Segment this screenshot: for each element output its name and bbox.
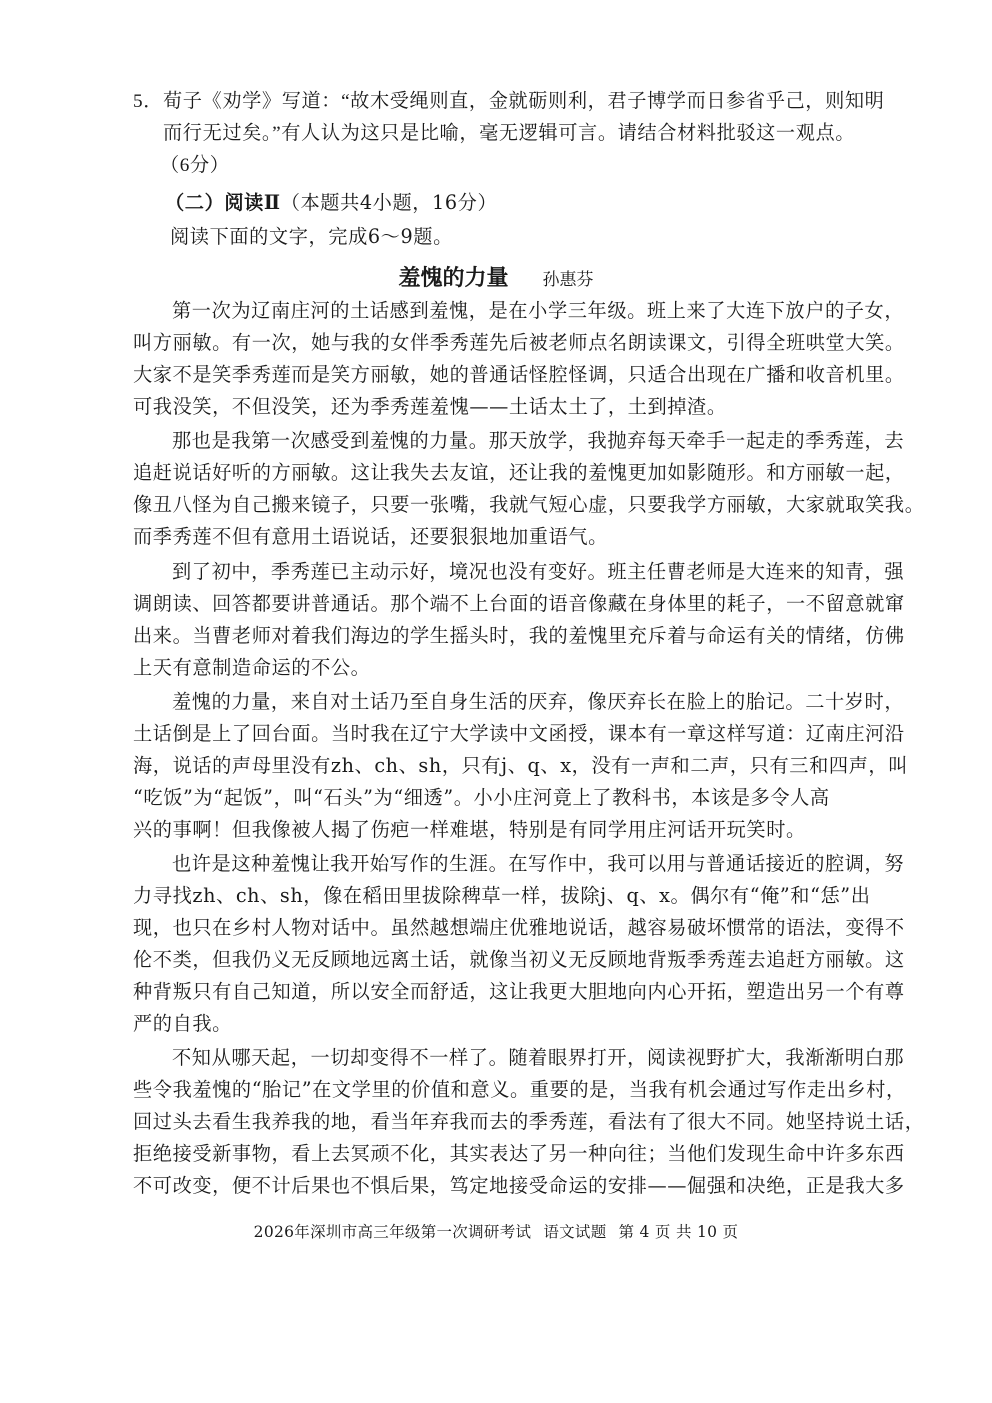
passage-line: 兴的事啊！但我像被人揭了伤疤一样难堪，特别是有同学用庄河话开玩笑时。 xyxy=(133,814,867,846)
passage-line: 大家不是笑季秀莲而是笑方丽敏，她的普通话怪腔怪调，只适合出现在广播和收音机里。 xyxy=(133,359,867,391)
passage-line: 出来。当曹老师对着我们海边的学生摇头时，我的羞愧里充斥着与命运有关的情绪，仿佛 xyxy=(133,620,867,652)
passage-line: 力寻找zh、ch、sh，像在稻田里拔除稗草一样，拔除j、q、x。偶尔有“俺”和“… xyxy=(133,880,867,912)
passage-line: 像丑八怪为自己搬来镜子，只要一张嘴，我就气短心虚，只要我学方丽敏，大家就取笑我。 xyxy=(133,489,867,521)
passage-line: 现，也只在乡村人物对话中。虽然越想端庄优雅地说话，越容易破坏惯常的语法，变得不 xyxy=(133,912,867,944)
passage-line: 伦不类，但我仍义无反顾地远离土话，就像当初义无反顾地背叛季秀莲去追赶方丽敏。这 xyxy=(133,944,867,976)
passage-line: 到了初中，季秀莲已主动示好，境况也没有变好。班主任曹老师是大连来的知青，强 xyxy=(172,556,867,588)
passage-line: 调朗读、回答都要讲普通话。那个端不上台面的语音像藏在身体里的耗子，一不留意就窜 xyxy=(133,588,867,620)
passage-line: 羞愧的力量，来自对土话乃至自身生活的厌弃，像厌弃长在脸上的胎记。二十岁时， xyxy=(172,686,867,718)
passage-line: 不知从哪天起，一切却变得不一样了。随着眼界打开，阅读视野扩大，我渐渐明白那 xyxy=(172,1042,867,1074)
section-heading-title: （二）阅读Ⅱ xyxy=(165,191,281,214)
section-heading: （二）阅读Ⅱ（本题共4小题，16分） xyxy=(165,187,899,219)
passage-line: 叫方丽敏。有一次，她与我的女伴季秀莲先后被老师点名朗读课文，引得全班哄堂大笑。 xyxy=(133,327,867,359)
passage-line: 种背叛只有自己知道，所以安全而舒适，这让我更大胆地向内心开拓，塑造出另一个有尊 xyxy=(133,976,867,1008)
passage-line: 可我没笑，不但没笑，还为季秀莲羞愧——土话太土了，土到掉渣。 xyxy=(133,391,867,423)
footer-exam-title: 2026年深圳市高三年级第一次调研考试 xyxy=(254,1223,532,1241)
passage-line: 土话倒是上了回台面。当时我在辽宁大学读中文函授，课本有一章这样写道：辽南庄河沿 xyxy=(133,718,867,750)
question-5-line-2: 而行无过矣。”有人认为这只是比喻，毫无逻辑可言。请结合材料批驳这一观点。 xyxy=(163,118,867,150)
section-instruction: 阅读下面的文字，完成6～9题。 xyxy=(170,221,904,253)
page-footer: 2026年深圳市高三年级第一次调研考试语文试题第 4 页 共 10 页 xyxy=(0,1219,992,1245)
passage-line: 海，说话的声母里没有zh、ch、sh，只有j、q、x，没有一声和二声，只有三和四… xyxy=(133,750,867,782)
passage-line: 回过头去看生我养我的地，看当年弃我而去的季秀莲，看法有了很大不同。她坚持说土话， xyxy=(133,1106,867,1138)
passage-line: 些令我羞愧的“胎记”在文学里的价值和意义。重要的是，当我有机会通过写作走出乡村， xyxy=(133,1074,867,1106)
passage-line: 而季秀莲不但有意用土语说话，还要狠狠地加重语气。 xyxy=(133,521,867,553)
passage-title: 羞愧的力量 xyxy=(398,265,508,291)
question-5-line-1: 5．荀子《劝学》写道：“故木受绳则直，金就砺则利，君子博学而日参省乎己，则知明 xyxy=(133,86,867,118)
passage-line: 上天有意制造命运的不公。 xyxy=(133,652,867,684)
passage-line: 拒绝接受新事物，看上去冥顽不化，其实表达了另一种向往；当他们发现生命中许多东西 xyxy=(133,1138,867,1170)
passage-author: 孙惠芬 xyxy=(543,270,594,290)
section-heading-detail: （本题共4小题，16分） xyxy=(281,191,498,214)
passage-line: 严的自我。 xyxy=(133,1008,867,1040)
passage-line: 追赶说话好听的方丽敏。这让我失去友谊，还让我的羞愧更加如影随形。和方丽敏一起， xyxy=(133,457,867,489)
exam-page: 5．荀子《劝学》写道：“故木受绳则直，金就砺则利，君子博学而日参省乎己，则知明 … xyxy=(0,0,992,1403)
question-5-score: （6分） xyxy=(160,150,894,182)
passage-line: 第一次为辽南庄河的土话感到羞愧，是在小学三年级。班上来了大连下放户的子女， xyxy=(172,295,867,327)
passage-line: “吃饭”为“起饭”，叫“石头”为“细透”。小小庄河竟上了教科书，本该是多令人高 xyxy=(133,782,867,814)
footer-subject: 语文试题 xyxy=(543,1223,606,1241)
passage-title-row: 羞愧的力量孙惠芬 xyxy=(0,262,992,296)
footer-page-number: 第 4 页 共 10 页 xyxy=(619,1223,739,1241)
passage-line: 不可改变，便不计后果也不惧后果，笃定地接受命运的安排——倔强和决绝，正是我大多 xyxy=(133,1170,867,1202)
passage-line: 也许是这种羞愧让我开始写作的生涯。在写作中，我可以用与普通话接近的腔调，努 xyxy=(172,848,867,880)
passage-line: 那也是我第一次感受到羞愧的力量。那天放学，我抛弃每天牵手一起走的季秀莲，去 xyxy=(172,425,867,457)
